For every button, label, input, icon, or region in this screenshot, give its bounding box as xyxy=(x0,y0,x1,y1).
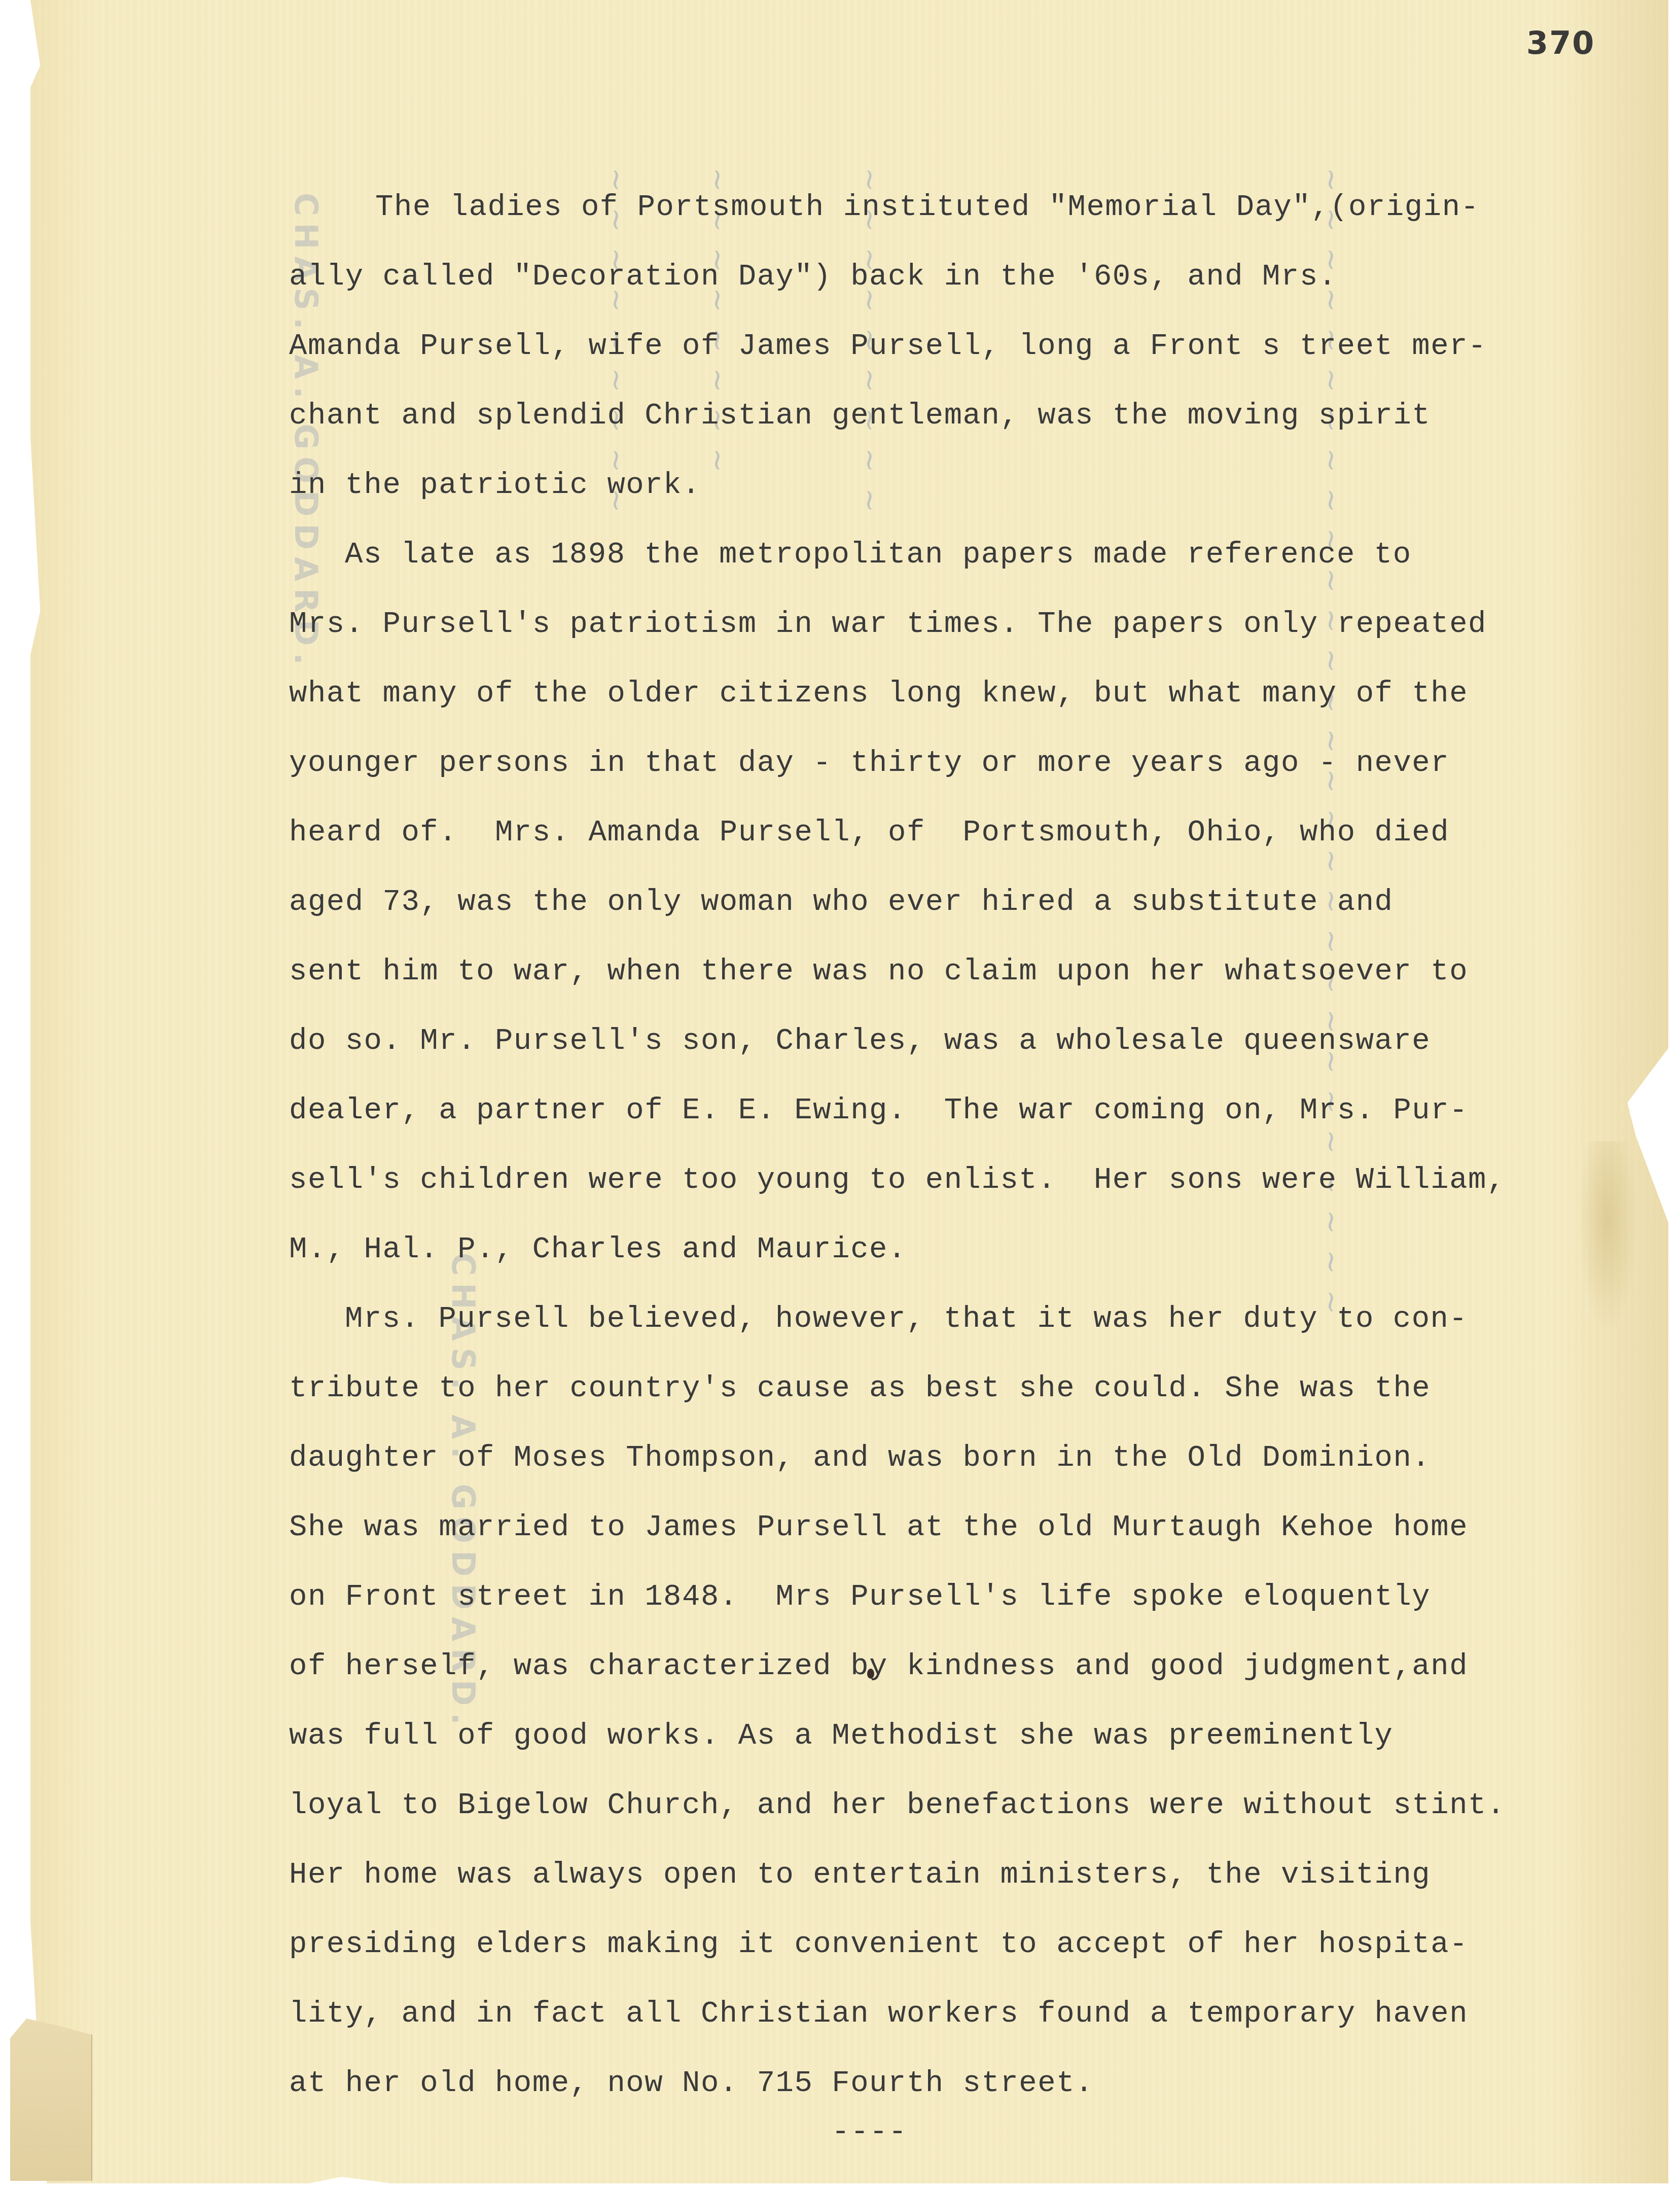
text-line: As late as 1898 the metropolitan papers … xyxy=(289,520,1658,589)
text-line: aged 73, was the only woman who ever hir… xyxy=(289,867,1658,937)
text-line: was full of good works. As a Methodist s… xyxy=(289,1701,1658,1771)
text-line: in the patriotic work. xyxy=(289,450,1658,520)
text-line: presiding elders making it convenient to… xyxy=(289,1910,1658,1979)
document-body: The ladies of Portsmouth instituted "Mem… xyxy=(289,172,1658,2118)
text-line: do so. Mr. Pursell's son, Charles, was a… xyxy=(289,1006,1658,1076)
text-line: sent him to war, when there was no claim… xyxy=(289,937,1658,1006)
text-line: heard of. Mrs. Amanda Pursell, of Portsm… xyxy=(289,798,1658,867)
text-line: The ladies of Portsmouth instituted "Mem… xyxy=(289,172,1658,242)
text-line: dealer, a partner of E. E. Ewing. The wa… xyxy=(289,1076,1658,1145)
text-line: younger persons in that day - thirty or … xyxy=(289,728,1658,798)
text-line: Amanda Pursell, wife of James Pursell, l… xyxy=(289,311,1658,381)
text-line: what many of the older citizens long kne… xyxy=(289,659,1658,728)
page-number: 370 xyxy=(1526,24,1595,61)
text-line: M., Hal. P., Charles and Maurice. xyxy=(289,1215,1658,1284)
text-line: ally called "Decoration Day") back in th… xyxy=(289,242,1658,311)
text-line: loyal to Bigelow Church, and her benefac… xyxy=(289,1771,1658,1840)
text-line: She was married to James Pursell at the … xyxy=(289,1493,1658,1562)
torn-corner-stain xyxy=(10,2019,92,2181)
text-line: daughter of Moses Thompson, and was born… xyxy=(289,1423,1658,1493)
text-line: tribute to her country's cause as best s… xyxy=(289,1354,1658,1423)
text-line: of herself, was characterized by kindnes… xyxy=(289,1632,1658,1701)
text-line: lity, and in fact all Christian workers … xyxy=(289,1979,1658,2048)
text-line: chant and splendid Christian gentleman, … xyxy=(289,381,1658,450)
text-line: Her home was always open to entertain mi… xyxy=(289,1840,1658,1910)
end-mark: ---- xyxy=(832,2115,908,2149)
text-line: at her old home, now No. 715 Fourth stre… xyxy=(289,2048,1658,2118)
text-line: on Front street in 1848. Mrs Pursell's l… xyxy=(289,1562,1658,1632)
text-line: Mrs. Pursell believed, however, that it … xyxy=(289,1284,1658,1354)
ink-spot xyxy=(867,1669,874,1679)
text-line: sell's children were too young to enlist… xyxy=(289,1145,1658,1215)
text-line: Mrs. Pursell's patriotism in war times. … xyxy=(289,589,1658,659)
